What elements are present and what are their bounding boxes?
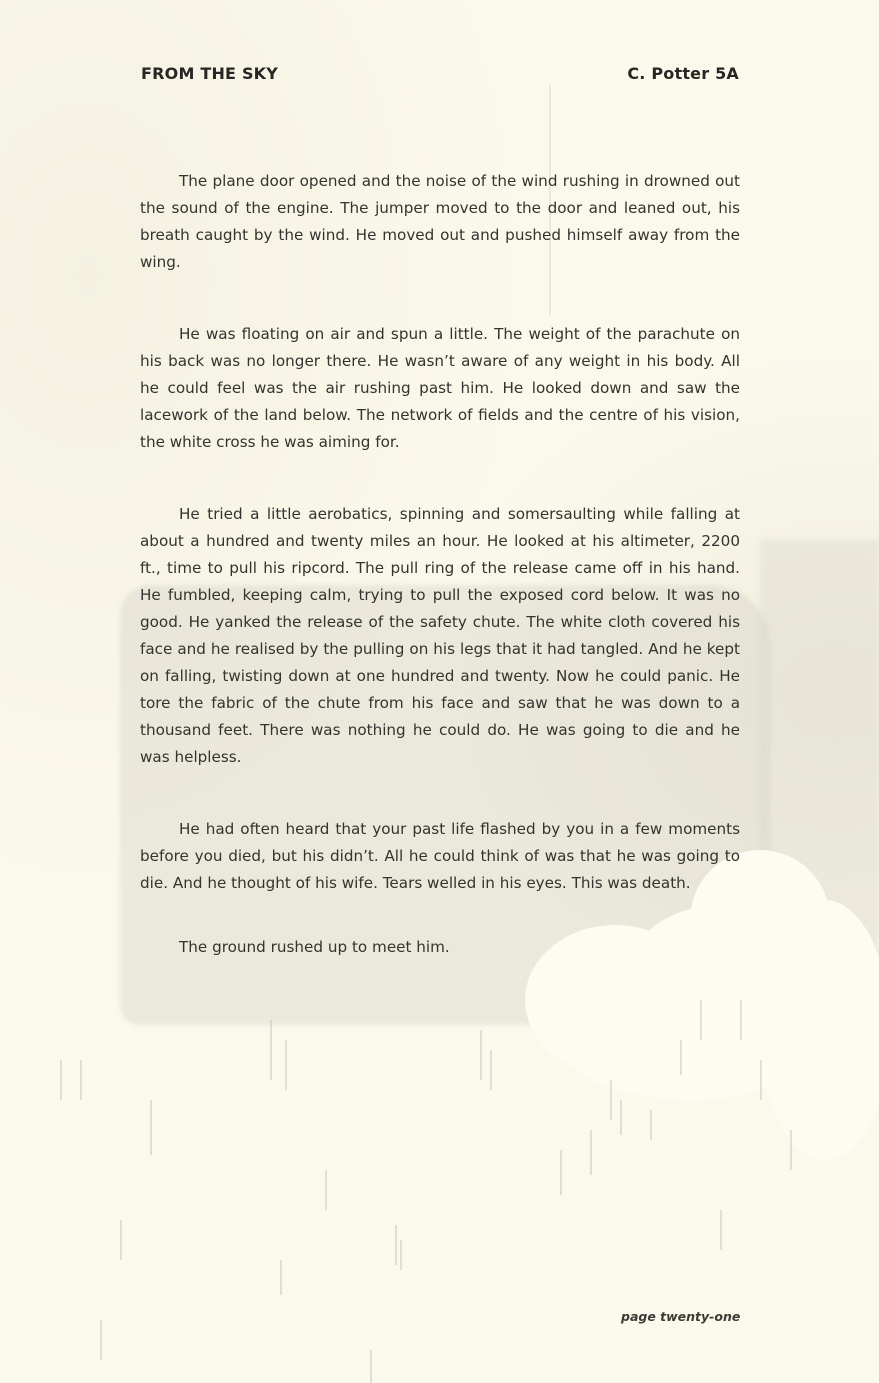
rain-mark xyxy=(560,1150,562,1195)
rain-mark xyxy=(370,1350,372,1383)
author-byline: C. Potter 5A xyxy=(627,64,739,83)
rain-mark xyxy=(720,1210,722,1250)
rain-mark xyxy=(285,1040,287,1090)
cloud-illustration xyxy=(760,900,879,1160)
rain-mark xyxy=(610,1080,612,1120)
rain-mark xyxy=(760,1060,762,1100)
rain-mark xyxy=(700,1000,702,1040)
document-page: FROM THE SKY C. Potter 5A The plane door… xyxy=(0,0,879,1383)
rain-mark xyxy=(490,1050,492,1090)
rain-mark xyxy=(80,1060,82,1100)
story-title: FROM THE SKY xyxy=(141,64,278,83)
rain-mark xyxy=(620,1100,622,1135)
paragraph: He had often heard that your past life f… xyxy=(140,816,740,897)
paragraph: The ground rushed up to meet him. xyxy=(140,934,740,961)
rain-mark xyxy=(395,1225,397,1265)
page-number: page twenty-one xyxy=(621,1309,740,1324)
rain-mark xyxy=(480,1030,482,1080)
rain-mark xyxy=(790,1130,792,1170)
rain-mark xyxy=(650,1110,652,1140)
rain-mark xyxy=(590,1130,592,1175)
paragraph: He was floating on air and spun a little… xyxy=(140,321,740,456)
rain-mark xyxy=(680,1040,682,1075)
story-body: The plane door opened and the noise of t… xyxy=(140,168,740,961)
rain-mark xyxy=(280,1260,282,1295)
rain-mark xyxy=(150,1100,152,1155)
rain-mark xyxy=(400,1240,402,1270)
rain-mark xyxy=(325,1170,327,1210)
rain-mark xyxy=(270,1020,272,1080)
paragraph: The plane door opened and the noise of t… xyxy=(140,168,740,276)
page-header: FROM THE SKY C. Potter 5A xyxy=(141,64,739,88)
rain-mark xyxy=(100,1320,102,1360)
rain-mark xyxy=(120,1220,122,1260)
paragraph: He tried a little aerobatics, spinning a… xyxy=(140,501,740,771)
rain-mark xyxy=(740,1000,742,1040)
rain-mark xyxy=(60,1060,62,1100)
